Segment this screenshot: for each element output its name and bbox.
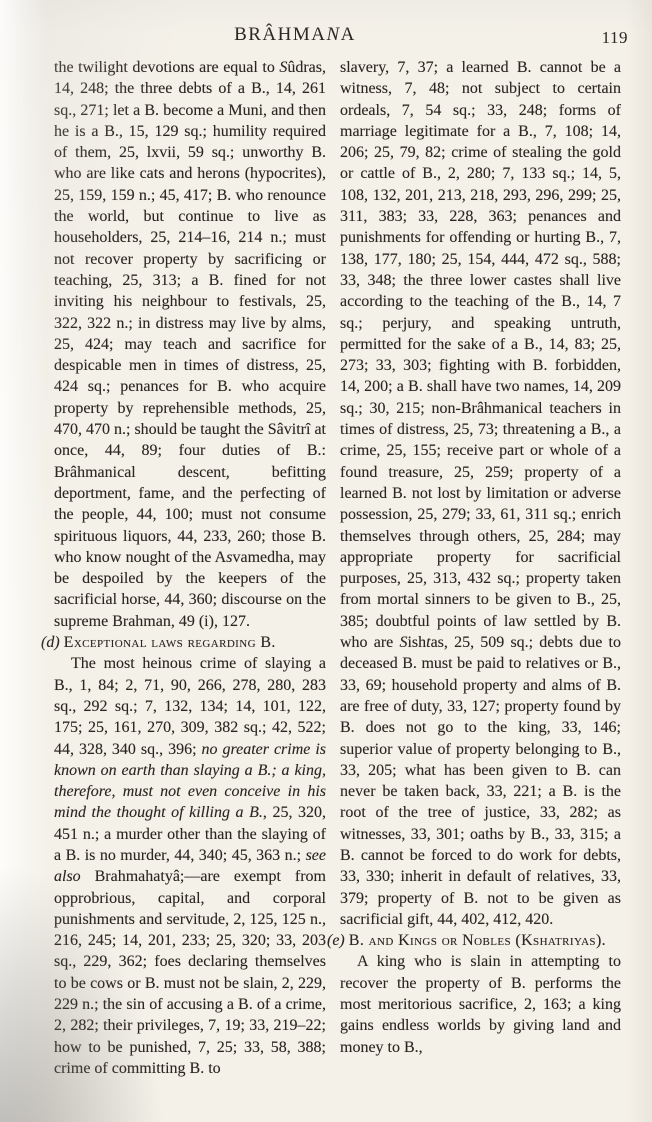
text-segment-italic: N bbox=[326, 24, 340, 45]
text-columns: the twilight devotions are equal to Sûdr… bbox=[54, 57, 624, 1079]
text-segment: as, 25, 509 sq.; debts due to deceased B… bbox=[340, 634, 621, 928]
index-entry-paragraph: slavery, 7, 37; a learned B. cannot be a… bbox=[340, 57, 621, 930]
text-segment-smallcaps: Exceptional laws regarding B. bbox=[64, 634, 276, 651]
running-title: BRÂHMANA bbox=[8, 24, 582, 46]
text-segment-italic: (e) bbox=[327, 932, 349, 949]
text-segment: A bbox=[341, 24, 356, 45]
text-segment: A king who is slain in attempting to rec… bbox=[340, 953, 621, 1055]
index-entry-paragraph: A king who is slain in attempting to rec… bbox=[340, 951, 621, 1057]
text-segment: the twilight devotions are equal to bbox=[54, 59, 279, 76]
scanned-book-page: BRÂHMANA 119 the twilight devotions are … bbox=[0, 0, 652, 1122]
right-column: slavery, 7, 37; a learned B. cannot be a… bbox=[340, 57, 621, 1079]
index-section-heading: (d) Exceptional laws regarding B. bbox=[54, 632, 326, 653]
text-segment: ûdras, 14, 248; the three debts of a B.,… bbox=[54, 59, 326, 566]
page-header: BRÂHMANA 119 bbox=[54, 24, 628, 50]
text-segment: slavery, 7, 37; a learned B. cannot be a… bbox=[340, 59, 621, 651]
index-entry-paragraph: the twilight devotions are equal to Sûdr… bbox=[54, 57, 326, 632]
text-segment-smallcaps: B. and Kings or Nobles (Kshatriyas). bbox=[349, 932, 606, 949]
text-segment: Brahmahatyâ;—are exempt from opprobrious… bbox=[54, 868, 326, 1077]
page-number: 119 bbox=[602, 28, 628, 48]
text-segment: BRÂHMA bbox=[234, 24, 326, 45]
text-segment-italic: (d) bbox=[41, 634, 64, 651]
text-segment: ish bbox=[407, 634, 426, 651]
index-entry-paragraph: The most heinous crime of slaying a B., … bbox=[54, 653, 326, 1079]
index-section-heading: (e) B. and Kings or Nobles (Kshatriyas). bbox=[340, 930, 621, 951]
left-column: the twilight devotions are equal to Sûdr… bbox=[54, 57, 326, 1079]
